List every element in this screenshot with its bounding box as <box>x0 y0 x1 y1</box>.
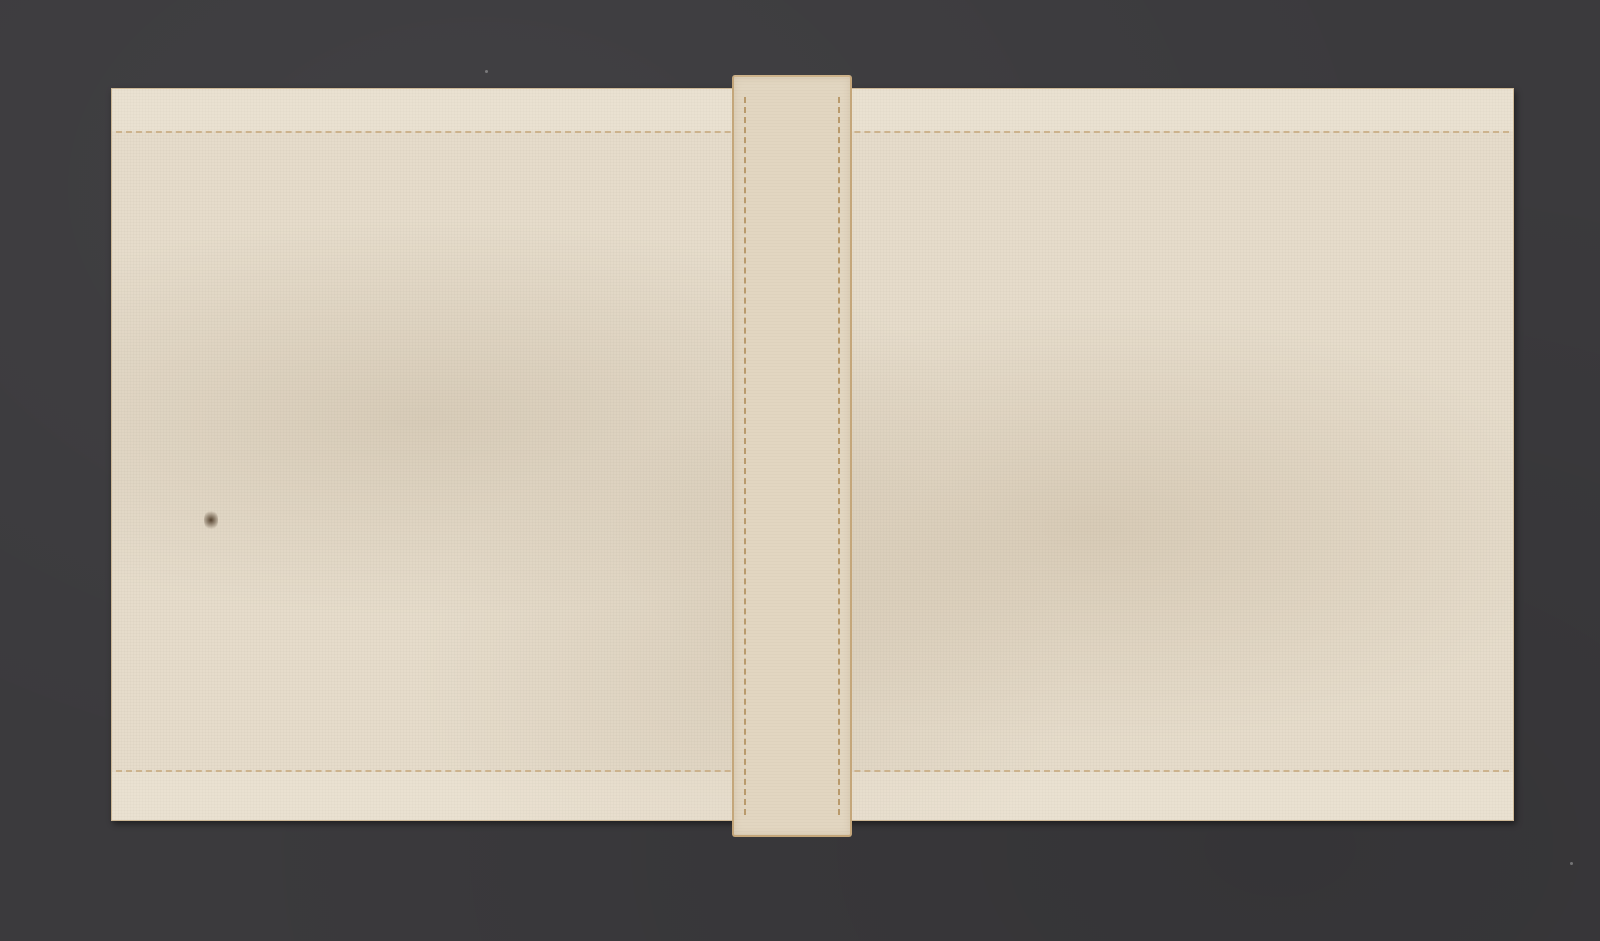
stain-spot <box>204 509 218 531</box>
armband <box>111 88 1514 821</box>
dust-speck <box>485 70 488 73</box>
dust-speck <box>1570 862 1573 865</box>
center-strap <box>732 75 852 837</box>
strap-stitching-right <box>838 97 840 815</box>
strap-stitching-left <box>744 97 746 815</box>
